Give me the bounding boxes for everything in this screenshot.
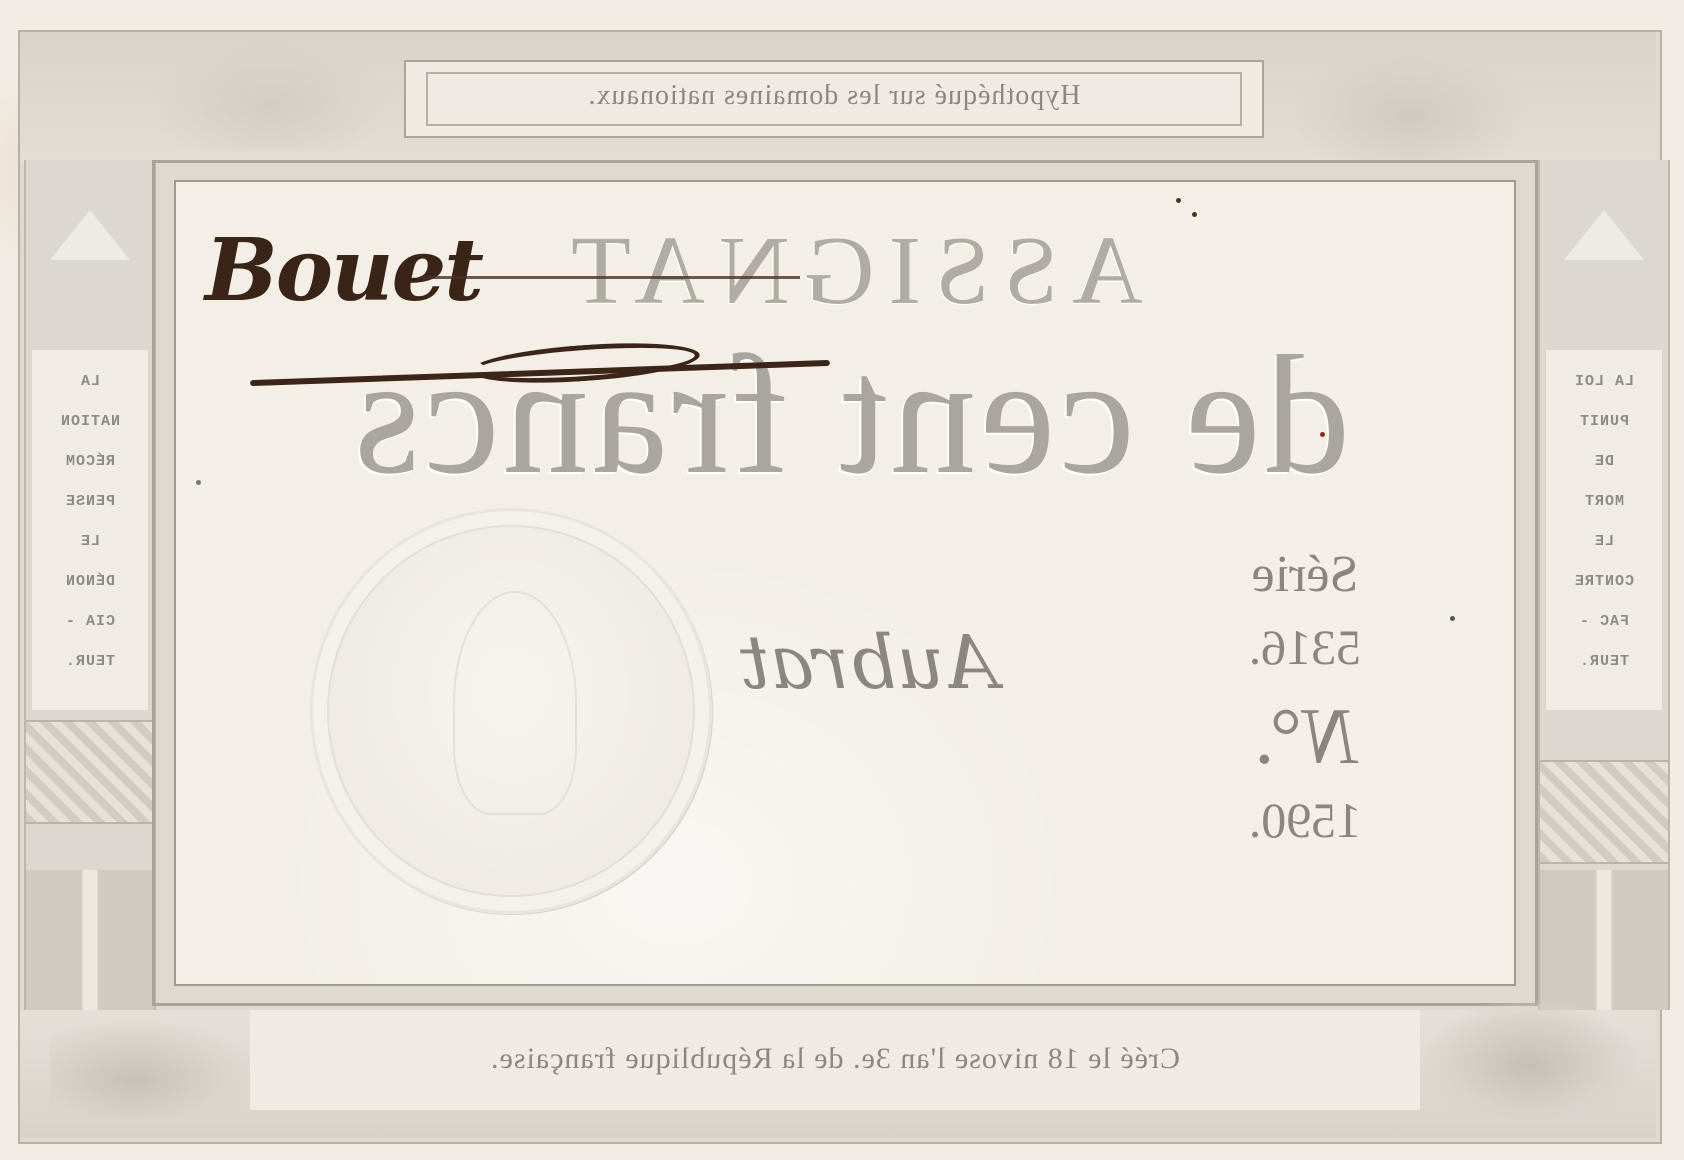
series-label: Série: [1220, 545, 1390, 604]
motto-line: PENSE: [32, 493, 148, 510]
ink-speck: [1450, 616, 1455, 621]
pediment-icon: [50, 210, 130, 260]
motto-line: TEUR.: [32, 653, 148, 670]
left-ornamental-column: LA NATION RÉCOM PENSE LE DÉNON CIA - TEU…: [24, 160, 156, 1010]
top-banner: Hypothéqué sur les domaines nationaux.: [404, 60, 1264, 138]
bottom-banner: Créé le 18 nivose l'an 3e. de la Républi…: [250, 1010, 1420, 1110]
creation-date-text: Créé le 18 nivose l'an 3e. de la Républi…: [250, 1042, 1420, 1076]
motto-line: TEUR.: [1546, 653, 1662, 670]
series-number: 5316.: [1220, 618, 1390, 676]
right-motto-panel: LA LOI PUNIT DE MORT LE CONTRE FAC - TEU…: [1546, 350, 1662, 710]
hercules-vignette-icon: [1420, 1000, 1640, 1120]
embossed-seal-icon: RÉPUBLIQUE FRANÇAISE: [310, 508, 712, 914]
motto-line: RÉCOM: [32, 453, 148, 470]
motto-line: LA: [32, 373, 148, 390]
left-motto-panel: LA NATION RÉCOM PENSE LE DÉNON CIA - TEU…: [32, 350, 148, 710]
motto-line: LA LOI: [1546, 373, 1662, 390]
pediment-icon: [1564, 210, 1644, 260]
banknote: LA NATION RÉCOM PENSE LE DÉNON CIA - TEU…: [0, 0, 1684, 1160]
top-left-vignette-icon: [150, 40, 390, 150]
cherub-vignette-icon: [50, 1020, 260, 1120]
motto-line: CONTRE: [1546, 573, 1662, 590]
pillar-capital-icon: [26, 720, 154, 824]
motto-line: CIA -: [32, 613, 148, 630]
title-assignat: ASSIGNAT: [500, 215, 1200, 327]
ink-speck: [1320, 432, 1325, 437]
controller-signature: Aubrat: [740, 620, 998, 706]
ink-speck: [196, 480, 201, 485]
banner-text: Hypothéqué sur les domaines nationaux.: [406, 80, 1262, 112]
signature-stroke: [420, 276, 800, 279]
motto-line: FAC -: [1546, 613, 1662, 630]
number-label: N°.: [1220, 692, 1390, 783]
series-block: Série 5316. N°. 1590.: [1220, 545, 1390, 849]
ink-speck: [1176, 198, 1181, 203]
top-right-vignette-icon: [1290, 50, 1530, 160]
right-ornamental-column: LA LOI PUNIT DE MORT LE CONTRE FAC - TEU…: [1538, 160, 1670, 1010]
serial-number: 1590.: [1220, 791, 1390, 849]
title-denomination: de cent francs: [200, 318, 1500, 513]
motto-line: LE: [32, 533, 148, 550]
motto-line: LE: [1546, 533, 1662, 550]
pillar-base-icon: [1540, 870, 1668, 1010]
motto-line: DE: [1546, 453, 1662, 470]
motto-line: DÉNON: [32, 573, 148, 590]
pillar-capital-icon: [1540, 760, 1668, 864]
pillar-base-icon: [26, 870, 154, 1010]
motto-line: NATION: [32, 413, 148, 430]
motto-line: PUNIT: [1546, 413, 1662, 430]
ink-speck: [1192, 212, 1197, 217]
motto-line: MORT: [1546, 493, 1662, 510]
ink-signature: Bouet: [205, 220, 482, 321]
